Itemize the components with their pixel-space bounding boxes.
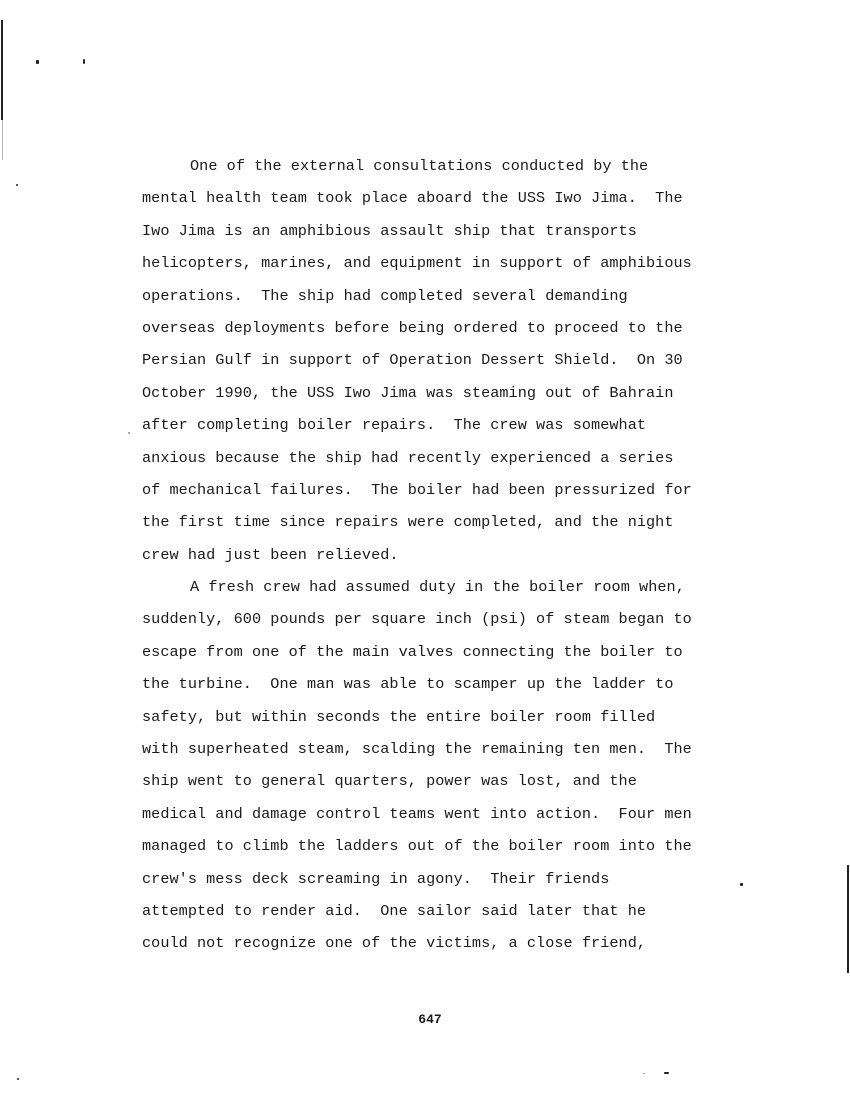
text-line: mental health team took place aboard the… [142, 182, 762, 214]
scan-edge-left [1, 20, 3, 120]
document-page: One of the external consultations conduc… [0, 0, 850, 1094]
text-line: crew's mess deck screaming in agony. The… [142, 863, 762, 895]
text-line: helicopters, marines, and equipment in s… [142, 247, 762, 279]
scan-edge-right [847, 865, 849, 973]
scan-speck [83, 59, 85, 64]
body-text: One of the external consultations conduc… [142, 150, 762, 960]
page-number: 647 [0, 1012, 850, 1027]
text-line: after completing boiler repairs. The cre… [142, 409, 762, 441]
text-line: Persian Gulf in support of Operation Des… [142, 344, 762, 376]
scan-speck [36, 60, 39, 64]
text-line: anxious because the ship had recently ex… [142, 442, 762, 474]
text-line: operations. The ship had completed sever… [142, 280, 762, 312]
text-line: ship went to general quarters, power was… [142, 765, 762, 797]
text-line: attempted to render aid. One sailor said… [142, 895, 762, 927]
scan-speck [664, 1072, 669, 1074]
scan-speck [643, 1073, 645, 1074]
text-line: A fresh crew had assumed duty in the boi… [142, 571, 762, 603]
text-line: managed to climb the ladders out of the … [142, 830, 762, 862]
text-line: One of the external consultations conduc… [142, 150, 762, 182]
text-line: Iwo Jima is an amphibious assault ship t… [142, 215, 762, 247]
text-line: medical and damage control teams went in… [142, 798, 762, 830]
paragraph-1: One of the external consultations conduc… [142, 150, 762, 571]
scan-edge-left-faint [2, 120, 3, 160]
scan-speck [16, 184, 18, 186]
paragraph-2: A fresh crew had assumed duty in the boi… [142, 571, 762, 960]
text-line: suddenly, 600 pounds per square inch (ps… [142, 603, 762, 635]
text-line: with superheated steam, scalding the rem… [142, 733, 762, 765]
text-line: the turbine. One man was able to scamper… [142, 668, 762, 700]
text-line: overseas deployments before being ordere… [142, 312, 762, 344]
text-line: escape from one of the main valves conne… [142, 636, 762, 668]
text-line: of mechanical failures. The boiler had b… [142, 474, 762, 506]
scan-speck [17, 1078, 19, 1080]
text-line: the first time since repairs were comple… [142, 506, 762, 538]
scan-speck [128, 432, 130, 434]
text-line: crew had just been relieved. [142, 539, 762, 571]
text-line: safety, but within seconds the entire bo… [142, 701, 762, 733]
text-line: could not recognize one of the victims, … [142, 927, 762, 959]
text-line: October 1990, the USS Iwo Jima was steam… [142, 377, 762, 409]
